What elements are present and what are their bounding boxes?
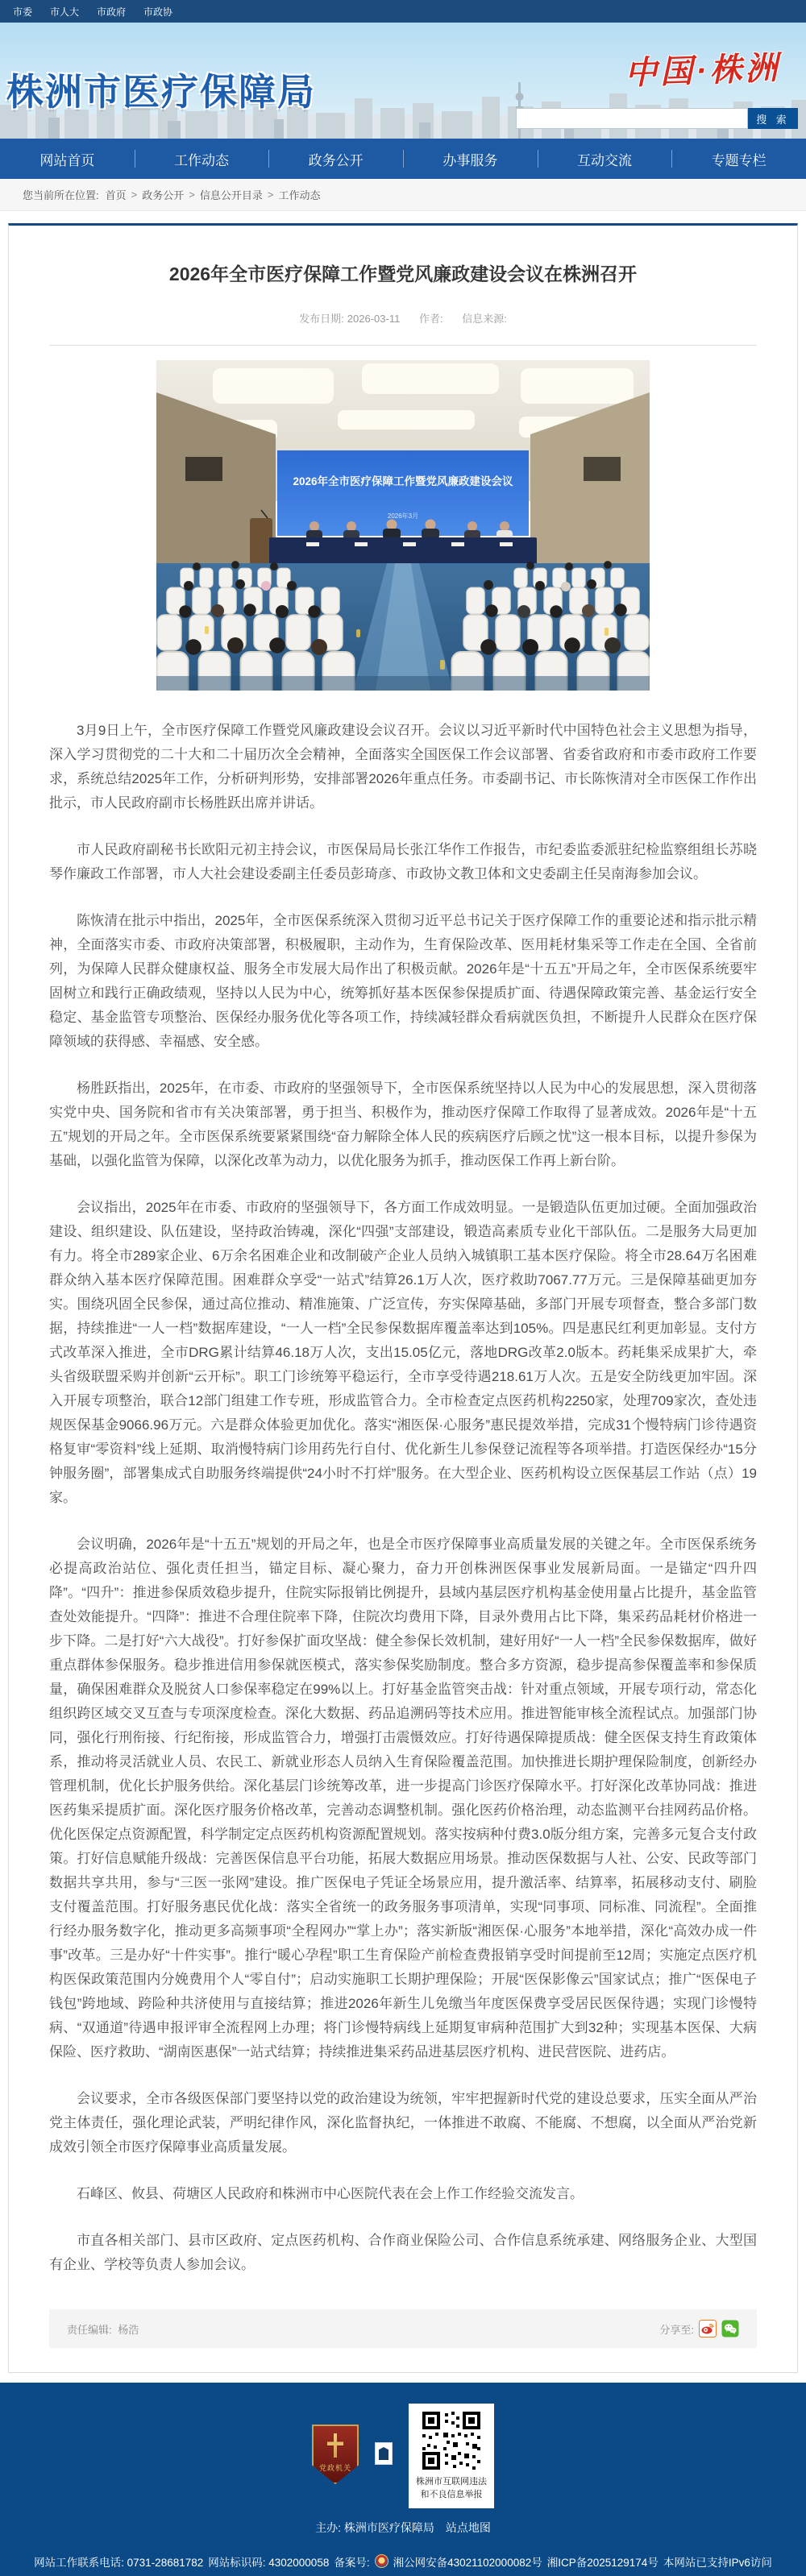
site-header: 株洲市医疗保障局 中国·株洲 搜 索 — [0, 23, 806, 139]
top-link-shiwei[interactable]: 市委 — [13, 5, 32, 19]
nav-item-interaction[interactable]: 互动交流 — [538, 139, 672, 179]
breadcrumb: 您当前所在位置: 首页 > 政务公开 > 信息公开目录 > 工作动态 — [0, 179, 806, 211]
breadcrumb-separator: > — [268, 189, 274, 201]
qr-caption-line1: 株洲市互联网违法 — [413, 2476, 489, 2489]
source-label: 信息来源: — [462, 313, 507, 325]
nav-item-gov-info[interactable]: 政务公开 — [268, 139, 403, 179]
top-link-bar: 市委 市人大 市政府 市政协 — [0, 0, 806, 23]
breadcrumb-home[interactable]: 首页 — [106, 187, 127, 202]
nav-item-services[interactable]: 办事服务 — [403, 139, 538, 179]
paragraph: 陈恢清在批示中指出，2025年，全市医保系统深入贯彻习近平总书记关于医疗保障工作… — [49, 909, 757, 1054]
footer-info-line: 网站工作联系电话: 0731-28681782 网站标识码: 430200005… — [0, 2553, 806, 2570]
qr-caption-line2: 和不良信息举报 — [413, 2489, 489, 2502]
top-link-zhengxie[interactable]: 市政协 — [143, 5, 172, 19]
photo-screen-title: 2026年全市医疗保障工作暨党风廉政建设会议 — [293, 475, 513, 487]
host-line: 主办: 株洲市医疗保障局 站点地图 — [0, 2520, 806, 2536]
paragraph: 石峰区、攸县、荷塘区人民政府和株洲市中心医院代表在会上作工作经验交流发言。 — [49, 2182, 757, 2206]
article-container: 2026年全市医疗保障工作暨党风廉政建设会议在株洲召开 发布日期:2026-03… — [8, 223, 798, 2373]
nav-item-work-news[interactable]: 工作动态 — [135, 139, 269, 179]
article-meta: 发布日期:2026-03-11 作者: 信息来源: — [49, 310, 757, 346]
nav-item-label: 政务公开 — [309, 149, 364, 169]
nav-item-label: 专题专栏 — [712, 149, 767, 169]
share-widget: 分享至: — [659, 2320, 739, 2337]
site-title: 株洲市医疗保障局 — [6, 63, 316, 116]
beian-label: 备案号: — [334, 2553, 369, 2570]
gov-agency-badge: 党政机关 — [312, 2425, 359, 2484]
weibo-icon[interactable] — [699, 2320, 717, 2337]
publish-date: 2026-03-11 — [347, 313, 401, 325]
gov-emblem-icon — [327, 2433, 343, 2458]
share-label: 分享至: — [659, 2321, 694, 2337]
icp-beian-link[interactable]: 湘ICP备2025129174号 — [547, 2553, 659, 2570]
police-badge-icon — [375, 2554, 388, 2568]
paragraph: 杨胜跃指出，2025年，在市委、市政府的坚强领导下，全市医保系统坚持以人民为中心… — [49, 1076, 757, 1173]
wechat-icon[interactable] — [721, 2320, 739, 2337]
main-nav: 网站首页 工作动态 政务公开 办事服务 互动交流 专题专栏 — [0, 139, 806, 179]
breadcrumb-separator: > — [189, 189, 195, 201]
breadcrumb-prefix: 您当前所在位置: — [23, 187, 99, 202]
gov-badge-label: 党政机关 — [319, 2462, 351, 2473]
paragraph: 会议要求，全市各级医保部门要坚持以党的政治建设为统领，牢牢把握新时代党的建设总要… — [49, 2087, 757, 2159]
editor-label: 责任编辑: — [67, 2324, 112, 2336]
breadcrumb-work-news[interactable]: 工作动态 — [278, 187, 320, 202]
publish-date-label: 发布日期: — [299, 313, 344, 325]
qr-code — [421, 2410, 482, 2471]
editor-name: 杨浩 — [118, 2324, 139, 2336]
paragraph: 市直各相关部门、县市区政府、定点医药机构、合作商业保险公司、合作信息系统承建、网… — [49, 2229, 757, 2277]
nav-item-home[interactable]: 网站首页 — [0, 139, 135, 179]
gov-site-icon — [375, 2442, 393, 2465]
nav-item-label: 互动交流 — [577, 149, 632, 169]
editor-info: 责任编辑: 杨浩 — [67, 2321, 139, 2337]
top-link-renda[interactable]: 市人大 — [50, 5, 79, 19]
contact-phone: 网站工作联系电话: 0731-28681782 — [34, 2553, 203, 2570]
search-input[interactable] — [516, 108, 748, 129]
article-body: 3月9日上午，全市医疗保障工作暨党风廉政建设会议召开。会议以习近平新时代中国特色… — [49, 719, 757, 2277]
paragraph: 会议指出，2025年在市委、市政府的坚强领导下，各方面工作成效明显。一是锻造队伍… — [49, 1196, 757, 1510]
nav-item-label: 网站首页 — [39, 149, 94, 169]
photo-screen-subtitle: 2026年3月 — [388, 512, 418, 520]
search-button[interactable]: 搜 索 — [748, 108, 798, 129]
breadcrumb-gov-info[interactable]: 政务公开 — [142, 187, 184, 202]
gongan-beian-link[interactable]: 湘公网安备43021102000082号 — [393, 2553, 542, 2570]
editor-share-bar: 责任编辑: 杨浩 分享至: — [49, 2309, 757, 2348]
paragraph: 3月9日上午，全市医疗保障工作暨党风廉政建设会议召开。会议以习近平新时代中国特色… — [49, 719, 757, 815]
nav-item-label: 工作动态 — [174, 149, 229, 169]
search-bar: 搜 索 — [516, 108, 798, 129]
nav-item-special[interactable]: 专题专栏 — [671, 139, 806, 179]
sitemap-link[interactable]: 站点地图 — [446, 2521, 491, 2534]
breadcrumb-separator: > — [131, 189, 138, 201]
author-label: 作者: — [419, 313, 443, 325]
china-zhuzhou-logo: 中国·株洲 — [624, 43, 781, 94]
conference-photo: 2026年全市医疗保障工作暨党风廉政建设会议 2026年3月 — [156, 360, 650, 695]
breadcrumb-info-catalog[interactable]: 信息公开目录 — [200, 187, 263, 202]
paragraph: 市人民政府副秘书长欧阳元初主持会议，市医保局局长张江华作工作报告，市纪委监委派驻… — [49, 838, 757, 886]
page-footer: 党政机关 株洲市互联网违法 和不良信息举报 — [0, 2383, 806, 2576]
paragraph: 会议明确，2026年是“十五五”规划的开局之年，也是全市医疗保障事业高质量发展的… — [49, 1533, 757, 2064]
host-label: 主办: 株洲市医疗保障局 — [315, 2521, 434, 2534]
nav-item-label: 办事服务 — [442, 149, 497, 169]
ipv6-note: 本网站已支持IPv6访问 — [663, 2553, 772, 2570]
top-link-zhengfu[interactable]: 市政府 — [97, 5, 126, 19]
report-qr-block[interactable]: 株洲市互联网违法 和不良信息举报 — [409, 2404, 494, 2508]
article-title: 2026年全市医疗保障工作暨党风廉政建设会议在株洲召开 — [49, 259, 757, 286]
site-code: 网站标识码: 4302000058 — [208, 2553, 329, 2570]
